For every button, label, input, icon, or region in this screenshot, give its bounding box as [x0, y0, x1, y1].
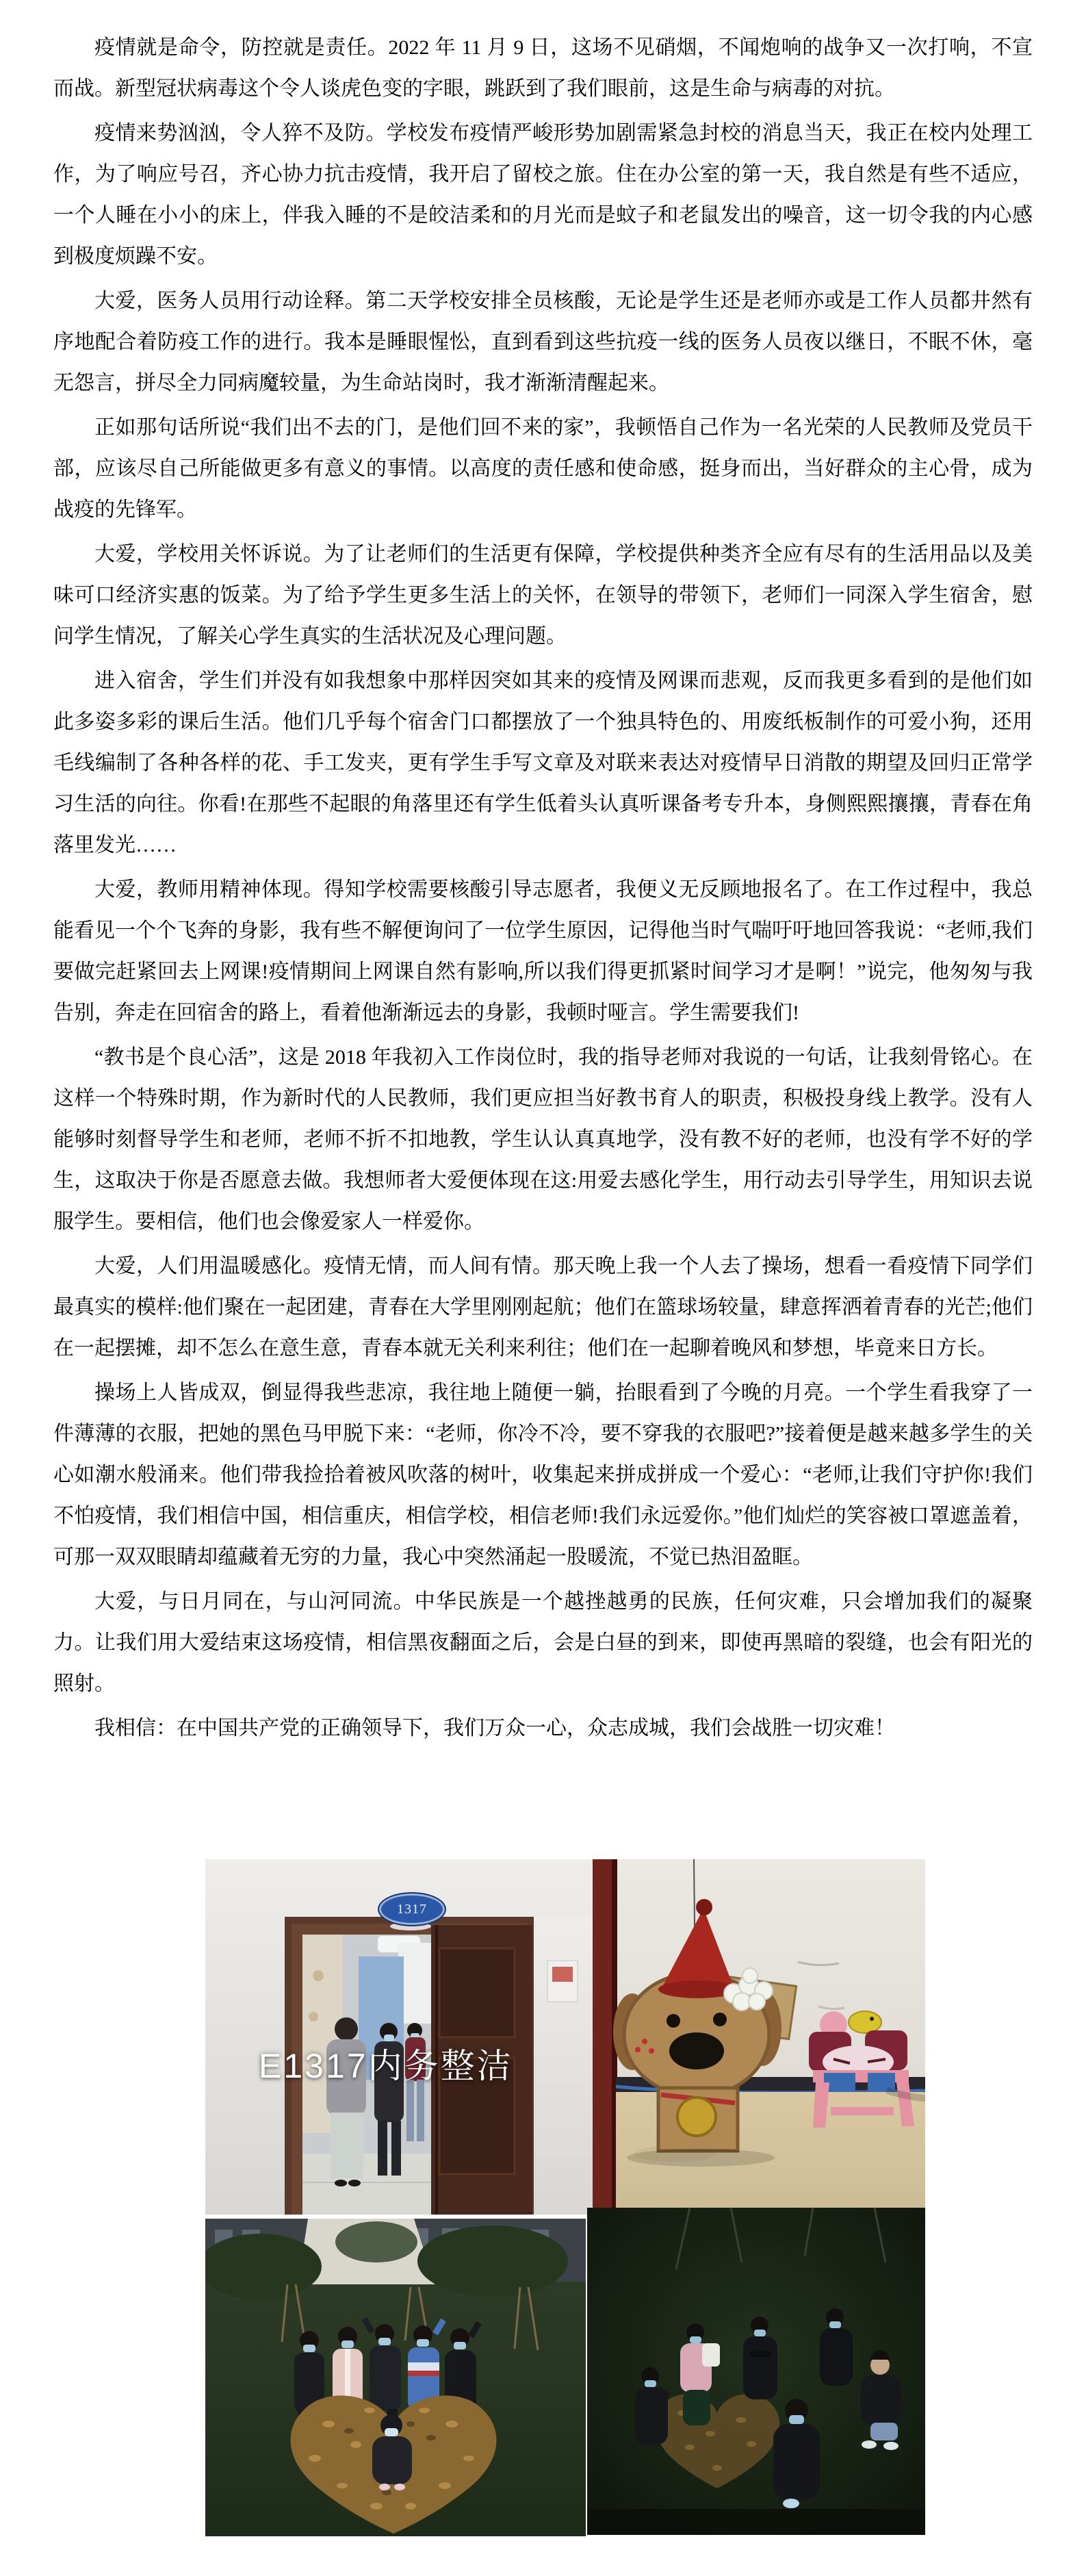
dark-skirt [683, 2390, 710, 2425]
student-skirt [331, 2113, 363, 2178]
paragraph-3: 大爱，医务人员用行动诠释。第二天学校安排全员核酸，无论是学生还是老师亦或是工作人… [53, 281, 1033, 404]
jeans [870, 2423, 898, 2440]
student-head [335, 2017, 358, 2041]
dog-nose [669, 2032, 724, 2069]
paragraph-11: 大爱，与日月同在，与山河同流。中华民族是一个越挫越勇的民族，任何灾难，只会增加我… [53, 1581, 1033, 1705]
student-body [861, 2375, 901, 2425]
shoe [379, 2484, 390, 2490]
tree [417, 2226, 568, 2297]
sitting-student-body [372, 2436, 412, 2484]
face-mask [829, 2321, 841, 2328]
floor-mottle [764, 2171, 873, 2191]
student-body [820, 2328, 853, 2386]
paragraph-7: 大爱，教师用精神体现。得知学校需要核酸引导志愿者，我便义无反顾地报名了。在工作过… [53, 869, 1033, 1034]
document-page: 疫情就是命令，防控就是责任。2022 年 11 月 9 日，这场不见硝烟，不闻炮… [0, 0, 1086, 2576]
jeans-leg [406, 2080, 414, 2141]
leg [391, 2121, 401, 2176]
shoe [335, 2180, 347, 2186]
chair-seat-panel [868, 2073, 895, 2091]
paragraph-4: 正如那句话所说“我们出不去的门，是他们回不来的家”，我顿悟自己作为一名光荣的人民… [53, 407, 1033, 531]
cheek-dot [635, 2047, 641, 2052]
face-mask [303, 2345, 315, 2352]
face-mask [417, 2339, 429, 2347]
paragraph-1: 疫情就是命令，防控就是责任。2022 年 11 月 9 日，这场不见硝烟，不闻炮… [53, 27, 1033, 110]
door-number-sign: 1317 [378, 1892, 446, 1926]
chair-rail [831, 2107, 894, 2115]
face-mask [378, 2338, 391, 2345]
duck-eye [870, 2017, 874, 2021]
door-number-text: 1317 [397, 1902, 427, 1917]
student-body [773, 2424, 820, 2499]
face-mask [690, 2336, 701, 2343]
face-mask [789, 2415, 804, 2424]
wall-plaque-red [552, 1967, 573, 1982]
cheek-dot [642, 2039, 647, 2044]
shoe [394, 2484, 405, 2490]
leaf-heart-standing-illustration [205, 2219, 586, 2536]
white-bag [702, 2343, 720, 2367]
photo-grid: 1317 E1317内务整洁 [205, 1859, 925, 2544]
paragraph-9: 大爱，人们用温暖感化。疫情无情，而人间有情。那天晚上我一个人去了操场，想看一看疫… [53, 1246, 1033, 1369]
photo-overlay-label: E1317内务整洁 [259, 2039, 513, 2088]
paragraph-8: “教书是个良心活”，这是 2018 年我初入工作岗位时，我的指导老师对我说的一句… [53, 1037, 1033, 1242]
white-shoe [862, 2440, 877, 2449]
photo-leaf-heart-group-crouching [587, 2208, 925, 2535]
photo-dorm-doorway: 1317 E1317内务整洁 [205, 1859, 593, 2215]
photo-cardboard-dog [593, 1859, 925, 2208]
leaf-heart-crouching-illustration [587, 2208, 925, 2535]
black-jacket [370, 2346, 401, 2410]
gong [677, 2097, 716, 2136]
leg [378, 2121, 387, 2176]
paragraph-6: 进入宿舍，学生们并没有如我想象中那样因突如其来的疫情及网课而悲观，反而我更多看到… [53, 661, 1033, 866]
light-blue-shoe [783, 2499, 799, 2508]
party-hat-topper [696, 1899, 712, 1915]
curtain-pattern [309, 2012, 318, 2022]
face-mask [454, 2342, 466, 2349]
jacket-white-band [408, 2362, 439, 2371]
paragraph-5: 大爱，学校用关怀诉说。为了让老师们的生活更有保障，学校提供种类齐全应有尽有的生活… [53, 534, 1033, 657]
curtain-pattern [313, 1970, 324, 1981]
dog-eye [667, 2014, 680, 2028]
photo-leaf-heart-group-standing [205, 2219, 586, 2536]
face-mask [645, 2380, 656, 2387]
door-panel [439, 1948, 515, 2037]
dog-eye [713, 2013, 727, 2026]
tree [335, 2221, 417, 2262]
essay-text: 疫情就是命令，防控就是责任。2022 年 11 月 9 日，这场不见硝烟，不闻炮… [53, 27, 1033, 1749]
yellow-duck [849, 2011, 881, 2033]
face-mask [754, 2330, 766, 2336]
cardboard-dog-illustration [593, 1859, 925, 2208]
dog-shadow [627, 2149, 775, 2167]
student-body [743, 2336, 777, 2399]
paragraph-10: 操场上人皆成双，倒显得我些悲凉，我往地上随便一躺，抬眼看到了今晚的月亮。一个学生… [53, 1373, 1033, 1578]
jacket-red-band [408, 2371, 439, 2376]
cheek-dot [649, 2048, 654, 2054]
white-shoe [883, 2442, 898, 2450]
interior-floor [302, 2154, 439, 2215]
foreground-shadow [587, 2509, 925, 2535]
jeans-leg [417, 2080, 424, 2141]
face-mask [385, 2428, 398, 2436]
face-mask [341, 2341, 354, 2348]
paragraph-2: 疫情来势汹汹，令人猝不及防。学校发布疫情严峻形势加剧需紧急封校的消息当天，我正在… [53, 113, 1033, 277]
shoe [348, 2180, 361, 2186]
paragraph-12: 我相信：在中国共产党的正确领导下，我们万众一心，众志成城，我们会战胜一切灾难！ [53, 1708, 1033, 1749]
